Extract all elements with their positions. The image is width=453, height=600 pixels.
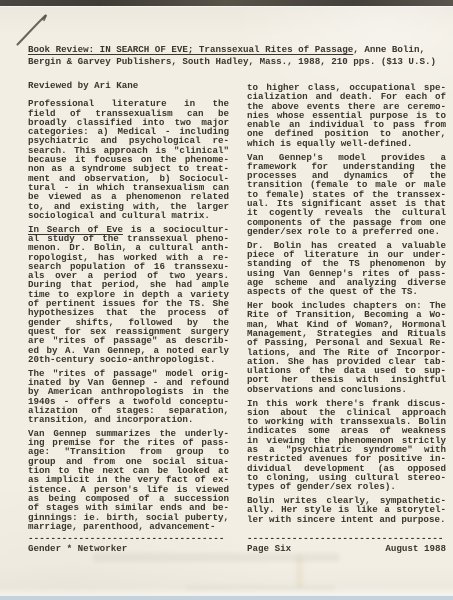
issue-date: August 1988 <box>385 544 446 553</box>
right-divider-line: ----------------------------------- <box>247 534 446 543</box>
paragraph: Her book includes chapters on: TheRite o… <box>247 301 446 394</box>
scan-edge-top <box>0 0 453 6</box>
left-column: Reviewed by Ari Kane Professional litera… <box>28 81 229 563</box>
paragraph: Dr. Bolin has created a valuablepiece of… <box>247 241 446 297</box>
pen-mark-icon <box>14 12 50 48</box>
right-column: to higher class, occupational spe-cializ… <box>247 81 446 563</box>
paragraph: In this work there's frank discus-sion a… <box>247 399 446 492</box>
text-line: types of gender/sex roles). <box>247 482 446 491</box>
right-column-text: to higher class, occupational spe-cializ… <box>247 81 446 524</box>
header: Book Review: IN SEARCH OF EVE; Transsexu… <box>28 44 444 67</box>
left-column-text: Professional literature in thefield of t… <box>28 99 229 531</box>
book-author: , Anne Bolin, <box>353 44 425 55</box>
left-footer: ----------------------------------- Gend… <box>28 534 229 554</box>
paragraph: to higher class, occupational spe-cializ… <box>247 83 446 148</box>
book-title-line: Book Review: IN SEARCH OF EVE; Transsexu… <box>28 44 444 56</box>
text-line: which is equally well-defined. <box>247 139 446 148</box>
text-line: ler with sincere intent and purpose. <box>247 515 446 524</box>
publisher-line: Bergin & Garvey Publishers, South Hadley… <box>28 56 444 68</box>
paragraph: The "rites of passage" model orig-inated… <box>28 369 229 425</box>
right-footer: ----------------------------------- Page… <box>247 534 446 554</box>
page-number: Page Six <box>247 544 291 553</box>
text-line: aspects of the quest of the TS. <box>247 287 446 296</box>
footer-row: Page Six August 1988 <box>247 544 446 553</box>
left-divider-line: ----------------------------------- <box>28 534 229 543</box>
paragraph: In Search of Eve is a sociocultur-al stu… <box>28 225 229 364</box>
publication-name: Gender * Networker <box>28 544 229 553</box>
scanned-page: Book Review: IN SEARCH OF EVE; Transsexu… <box>0 0 453 600</box>
text-line: sociological and cultural matrix. <box>28 211 229 220</box>
paragraph: Bolin writes clearly, sympathetic-ally. … <box>247 496 446 524</box>
paragraph: Van Gennep summarizes the underly-ing pr… <box>28 429 229 531</box>
book-title: Book Review: IN SEARCH OF EVE; Transsexu… <box>28 44 353 55</box>
paragraph: Professional literature in thefield of t… <box>28 99 229 220</box>
text-line: transition, and incorporation. <box>28 415 229 424</box>
text-line: observations and conclusions. <box>247 385 446 394</box>
paragraph: Van Gennep's model provides aframework f… <box>247 153 446 237</box>
ink-smudge <box>185 585 335 591</box>
scan-edge-bottom <box>0 595 453 600</box>
text-line: gender/sex role to a preferred one. <box>247 227 446 236</box>
text-line: 20th-century socio-anthropologist. <box>28 355 229 364</box>
byline: Reviewed by Ari Kane <box>28 81 229 90</box>
text-line: marriage, parenthood, advancement- <box>28 522 229 531</box>
